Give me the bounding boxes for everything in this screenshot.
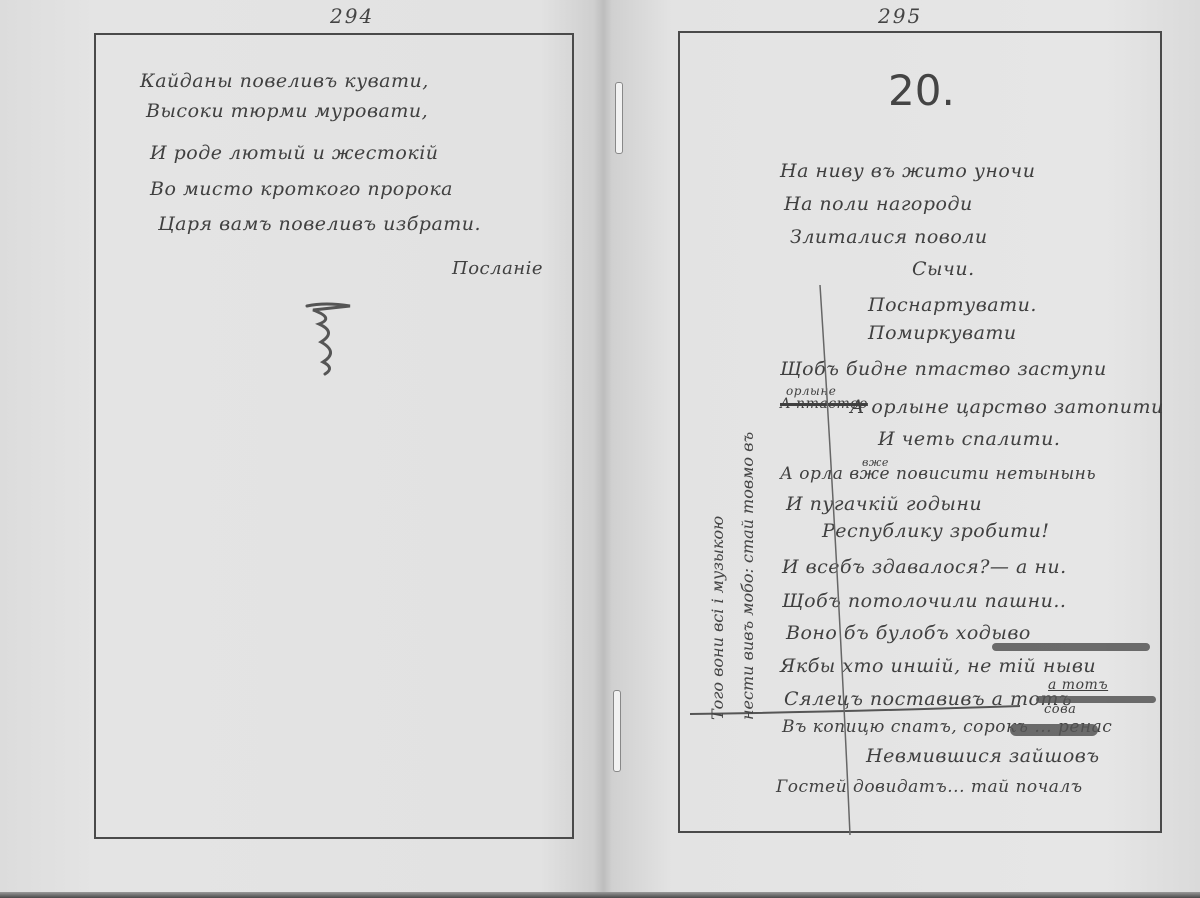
text-line: Сычи. (912, 258, 975, 280)
text-line: Помиркувати (868, 322, 1017, 344)
left-page-number: 294 (330, 4, 374, 28)
text-line: На поли нагороди (784, 193, 973, 215)
text-line: Кайданы повеливъ кувати, (140, 70, 429, 92)
text-line: Царя вамъ повеливъ избрати. (158, 213, 481, 235)
ink-blot (1010, 724, 1098, 736)
text-line: И роде лютый и жестокій (150, 142, 439, 164)
ink-blot (992, 643, 1150, 651)
binding-stitch-bottom (613, 690, 621, 772)
signature: Посланіе (452, 258, 543, 279)
book-bottom-edge (0, 892, 1200, 898)
text-line: На ниву въ жито уночи (780, 160, 1035, 182)
text-line: Поснартувати. (868, 294, 1037, 316)
text-line: Невмившися зайшовъ (866, 745, 1100, 767)
text-line: И четь спалити. (878, 428, 1060, 450)
binding-stitch-top (615, 82, 623, 154)
flourish-icon (305, 300, 355, 380)
margin-note: нести вивъ мобо: стай товмо въ (738, 432, 757, 720)
text-line: А орлыне царство затопити (850, 396, 1164, 418)
text-line: Злиталися поволи (790, 226, 988, 248)
text-line: Высоки тюрми муровати, (146, 100, 428, 122)
margin-note: Того вони всі і музыкою (708, 516, 727, 720)
poem-number: 20. (888, 66, 955, 115)
text-line: Во мисто кроткого пророка (150, 178, 453, 200)
right-page-number: 295 (878, 4, 922, 28)
text-line: И пугачкій годыни (786, 493, 982, 515)
correction-below: сова (1044, 702, 1076, 717)
margin-rule (820, 285, 860, 845)
